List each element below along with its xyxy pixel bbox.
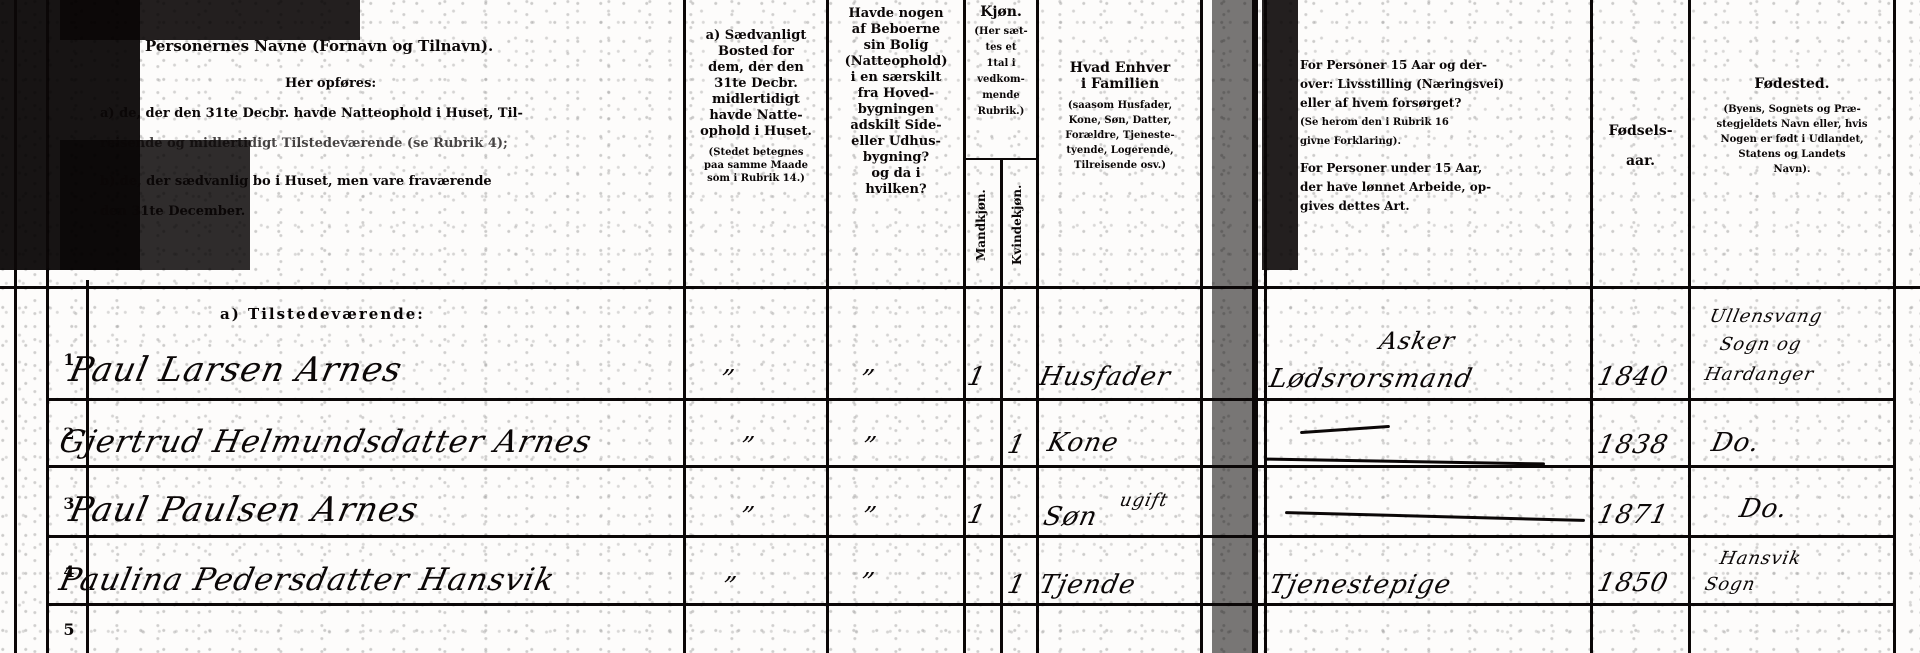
birthplace-line-1: Do. bbox=[1709, 428, 1763, 458]
hdr-line: Tilreisende osv.) bbox=[1040, 158, 1200, 173]
hdr-line: (Se herom den i Rubrik 16 bbox=[1300, 113, 1590, 132]
hdr-line: For Personer 15 Aar og der- bbox=[1300, 56, 1590, 75]
occupation-value: Lødsrorsmand bbox=[1267, 364, 1476, 394]
sex-title: Kjøn. bbox=[966, 4, 1036, 20]
rule-sex-mid bbox=[1000, 160, 1003, 653]
hdr-line: der have lønnet Arbeide, op- bbox=[1300, 178, 1590, 197]
row-rule-4 bbox=[46, 603, 1896, 606]
header-separate-dwelling: Havde nogen af Beboerne sin Bolig (Natte… bbox=[829, 6, 963, 198]
hdr-line: Hvad Enhver bbox=[1040, 60, 1200, 76]
family-position-value: Kone bbox=[1045, 428, 1122, 458]
scan-shadow-gutter bbox=[1262, 0, 1298, 270]
hdr-line: adskilt Side- bbox=[829, 118, 963, 134]
occupation-above-value: Asker bbox=[1378, 330, 1458, 352]
rule-binding bbox=[1252, 0, 1258, 653]
row-number: 5 bbox=[58, 620, 80, 639]
hdr-line: af Beboerne bbox=[829, 22, 963, 38]
usual-residence-value: ” bbox=[737, 432, 758, 462]
hdr-line: havde Natte- bbox=[686, 108, 826, 124]
hdr-line: Bosted for bbox=[686, 44, 826, 60]
header-birth-year: Fødsels- aar. bbox=[1593, 116, 1688, 176]
sex-male-value: 1 bbox=[965, 362, 989, 392]
hdr-line: Rubrik.) bbox=[966, 104, 1036, 120]
hdr-line: Havde nogen bbox=[829, 6, 963, 22]
hdr-line: bygningen bbox=[829, 102, 963, 118]
hdr-line: tes et bbox=[966, 40, 1036, 56]
birthplace-line-2: Sogn bbox=[1703, 574, 1758, 596]
hdr-line: aar. bbox=[1593, 146, 1688, 176]
name-col-line4: reisende og midlertidigt Tilstedeværende… bbox=[100, 136, 680, 152]
census-page: Personernes Navne (Fornavn og Tilnavn). … bbox=[0, 0, 1920, 653]
hdr-line: Navn). bbox=[1691, 162, 1893, 177]
usual-residence-value: ” bbox=[719, 572, 740, 602]
sex-subheader-rule bbox=[963, 158, 1039, 160]
header-bottom-rule bbox=[0, 286, 1920, 289]
sex-male-value: 1 bbox=[965, 500, 989, 530]
rule-family-left bbox=[1036, 0, 1039, 653]
occupation-value: Tjenestepige bbox=[1267, 570, 1454, 600]
hdr-line: stegjeldets Navn eller, hvis bbox=[1691, 117, 1893, 132]
hdr-line: i en særskilt bbox=[829, 70, 963, 86]
hdr-line: og da i bbox=[829, 166, 963, 182]
rule-left-2 bbox=[46, 0, 49, 653]
person-name: Paul Paulsen Arnes bbox=[66, 490, 423, 530]
birthplace-line-1: Ullensvang bbox=[1708, 306, 1825, 328]
hdr-line: hvilken? bbox=[829, 182, 963, 198]
section-label-present: a) Tilstedeværende: bbox=[220, 305, 425, 323]
family-position-value: Husfader bbox=[1037, 362, 1174, 392]
person-name: Paul Larsen Arnes bbox=[66, 350, 406, 390]
hdr-line: gives dettes Art. bbox=[1300, 197, 1590, 216]
separate-dwelling-value: ” bbox=[857, 365, 878, 395]
birthplace-line-2: Sogn og bbox=[1718, 334, 1804, 356]
header-usual-residence: a) Sædvanligt Bosted for dem, der den 31… bbox=[686, 28, 826, 185]
birth-year-value: 1850 bbox=[1595, 568, 1672, 598]
scan-shadow-binding bbox=[1212, 0, 1252, 653]
header-family-position: Hvad Enhver i Familien (saasom Husfader,… bbox=[1040, 60, 1200, 173]
hdr-line: a) Sædvanligt bbox=[686, 28, 826, 44]
sex-male-label: Mandkjøn. bbox=[974, 180, 988, 270]
birthplace-line-1: Hansvik bbox=[1718, 548, 1804, 570]
person-name: Paulina Pedersdatter Hansvik bbox=[56, 560, 559, 600]
sex-female-value: 1 bbox=[1005, 570, 1029, 600]
hdr-line: (Natteophold) bbox=[829, 54, 963, 70]
name-col-line5: b) de, der sædvanlig bo i Huset, men var… bbox=[100, 174, 680, 190]
birthplace-line-3: Hardanger bbox=[1703, 364, 1816, 386]
header-occupation: For Personer 15 Aar og der- over: Livsst… bbox=[1300, 56, 1590, 216]
hdr-line: givne Forklaring). bbox=[1300, 132, 1590, 151]
occupation-dash-mark bbox=[1285, 511, 1585, 522]
rule-left-1 bbox=[14, 0, 17, 653]
name-col-line2: Her opføres: bbox=[285, 76, 376, 92]
hdr-line: fra Hoved- bbox=[829, 86, 963, 102]
hdr-line: sin Bolig bbox=[829, 38, 963, 54]
row-rule-2 bbox=[46, 465, 1896, 468]
separate-dwelling-value: ” bbox=[857, 568, 878, 598]
hdr-line: mende bbox=[966, 88, 1036, 104]
family-position-value: Tjende bbox=[1037, 570, 1139, 600]
hdr-line: dem, der den bbox=[686, 60, 826, 76]
hdr-line: Forældre, Tjeneste- bbox=[1040, 128, 1200, 143]
family-position-value: Søn bbox=[1041, 502, 1101, 532]
name-col-line6: den 31te December. bbox=[100, 204, 245, 220]
name-col-title: Personernes Navne (Fornavn og Tilnavn). bbox=[145, 38, 493, 54]
row-rule-3 bbox=[46, 535, 1896, 538]
occupation-dash-mark bbox=[1300, 425, 1390, 434]
usual-residence-value: ” bbox=[717, 365, 738, 395]
family-position-note: ugift bbox=[1118, 490, 1170, 512]
birth-year-value: 1871 bbox=[1595, 500, 1672, 530]
separate-dwelling-value: ” bbox=[859, 432, 880, 462]
hdr-line: vedkom- bbox=[966, 72, 1036, 88]
rule-family-right bbox=[1200, 0, 1203, 653]
hdr-line: (saasom Husfader, bbox=[1040, 98, 1200, 113]
hdr-line: Statens og Landets bbox=[1691, 147, 1893, 162]
birth-year-value: 1840 bbox=[1595, 362, 1672, 392]
hdr-line: som i Rubrik 14.) bbox=[686, 172, 826, 185]
hdr-line: tyende, Logerende, bbox=[1040, 143, 1200, 158]
hdr-line: 31te Decbr. bbox=[686, 76, 826, 92]
hdr-line: ophold i Huset. bbox=[686, 124, 826, 140]
hdr-line: midlertidigt bbox=[686, 92, 826, 108]
hdr-line: (Stedet betegnes bbox=[686, 146, 826, 159]
sex-female-value: 1 bbox=[1005, 430, 1029, 460]
hdr-line: eller Udhus- bbox=[829, 134, 963, 150]
hdr-line: (Her sæt- bbox=[966, 24, 1036, 40]
header-birthplace: Fødested. (Byens, Sognets og Præ- stegje… bbox=[1691, 76, 1893, 177]
hdr-line: paa samme Maade bbox=[686, 159, 826, 172]
hdr-line: (Byens, Sognets og Præ- bbox=[1691, 102, 1893, 117]
hdr-line: Fødsels- bbox=[1593, 116, 1688, 146]
hdr-line: For Personer under 15 Aar, bbox=[1300, 159, 1590, 178]
separate-dwelling-value: ” bbox=[859, 502, 880, 532]
name-col-line3: a) de, der den 31te Decbr. havde Natteop… bbox=[100, 106, 680, 122]
birthplace-line-1: Do. bbox=[1737, 494, 1791, 524]
sex-note: (Her sæt- tes et 1tal i vedkom- mende Ru… bbox=[966, 24, 1036, 120]
hdr-line: over: Livsstilling (Næringsvei) bbox=[1300, 75, 1590, 94]
rule-birthyear-left bbox=[1590, 0, 1593, 653]
hdr-line: 1tal i bbox=[966, 56, 1036, 72]
usual-residence-value: ” bbox=[737, 502, 758, 532]
rule-occupation-left bbox=[1264, 0, 1267, 653]
person-name: Gjertrud Helmundsdatter Arnes bbox=[56, 422, 596, 462]
birthplace-title: Fødested. bbox=[1691, 76, 1893, 92]
birth-year-value: 1838 bbox=[1595, 430, 1672, 460]
scan-shadow-top bbox=[60, 0, 360, 40]
row-rule-1 bbox=[46, 398, 1896, 401]
sex-female-label: Kvindekjøn. bbox=[1010, 180, 1024, 270]
hdr-line: eller af hvem forsørget? bbox=[1300, 94, 1590, 113]
hdr-line: i Familien bbox=[1040, 76, 1200, 92]
hdr-line: bygning? bbox=[829, 150, 963, 166]
hdr-line: Nogen er født i Udlandet, bbox=[1691, 132, 1893, 147]
rule-birthplace-right bbox=[1893, 0, 1896, 653]
hdr-line: Kone, Søn, Datter, bbox=[1040, 113, 1200, 128]
